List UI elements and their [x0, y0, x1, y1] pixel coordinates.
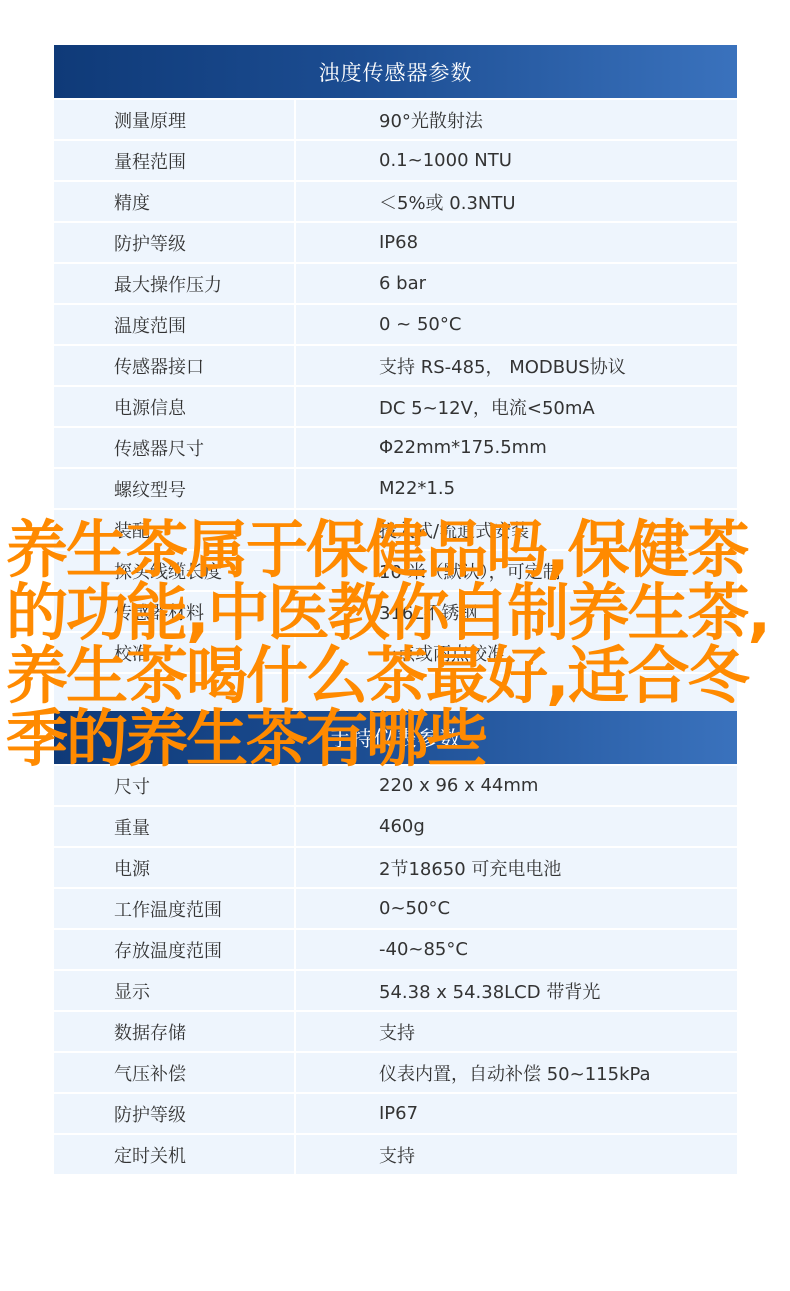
param-value: 2节18650 可充电电池 [296, 848, 737, 887]
param-name: 防护等级 [54, 1094, 294, 1133]
overlay-headline-text: 养生茶属于保健品吗,保健茶的功能,中医教你自制养生茶,养生茶喝什么茶最好,适合冬… [6, 518, 786, 770]
table-row: 精度＜5%或 0.3NTU [54, 182, 737, 221]
param-value: 0~50°C [296, 889, 737, 928]
section-title: 浊度传感器参数 [319, 57, 473, 87]
table-row: 显示54.38 x 54.38LCD 带背光 [54, 971, 737, 1010]
table-row: 量程范围0.1~1000 NTU [54, 141, 737, 180]
table-row: 数据存储支持 [54, 1012, 737, 1051]
table-row: 气压补偿仪表内置，自动补偿 50~115kPa [54, 1053, 737, 1092]
param-value: 0 ~ 50°C [296, 305, 737, 344]
param-name: 螺纹型号 [54, 469, 294, 508]
table-row: 防护等级IP67 [54, 1094, 737, 1133]
param-name: 存放温度范围 [54, 930, 294, 969]
param-value: 6 bar [296, 264, 737, 303]
table-row: 电源信息DC 5~12V，电流<50mA [54, 387, 737, 426]
param-value: 460g [296, 807, 737, 846]
table-row: 温度范围0 ~ 50°C [54, 305, 737, 344]
param-name: 温度范围 [54, 305, 294, 344]
param-value: 0.1~1000 NTU [296, 141, 737, 180]
param-name: 传感器接口 [54, 346, 294, 385]
table-row: 重量460g [54, 807, 737, 846]
param-name: 定时关机 [54, 1135, 294, 1174]
table-row: 传感器接口支持 RS-485， MODBUS协议 [54, 346, 737, 385]
param-name: 工作温度范围 [54, 889, 294, 928]
table-row: 工作温度范围0~50°C [54, 889, 737, 928]
param-value: DC 5~12V，电流<50mA [296, 387, 737, 426]
param-name: 显示 [54, 971, 294, 1010]
table-row: 传感器尺寸Φ22mm*175.5mm [54, 428, 737, 467]
param-value: 仪表内置，自动补偿 50~115kPa [296, 1053, 737, 1092]
param-value: Φ22mm*175.5mm [296, 428, 737, 467]
param-value: 支持 [296, 1135, 737, 1174]
param-name: 电源 [54, 848, 294, 887]
param-name: 量程范围 [54, 141, 294, 180]
param-name: 电源信息 [54, 387, 294, 426]
param-name: 最大操作压力 [54, 264, 294, 303]
param-name: 传感器尺寸 [54, 428, 294, 467]
param-value: IP68 [296, 223, 737, 262]
param-name: 测量原理 [54, 100, 294, 139]
param-value: IP67 [296, 1094, 737, 1133]
param-name: 防护等级 [54, 223, 294, 262]
table-row: 电源2节18650 可充电电池 [54, 848, 737, 887]
param-value: 支持 RS-485， MODBUS协议 [296, 346, 737, 385]
param-value: 90°光散射法 [296, 100, 737, 139]
param-name: 气压补偿 [54, 1053, 294, 1092]
param-value: ＜5%或 0.3NTU [296, 182, 737, 221]
param-value: 54.38 x 54.38LCD 带背光 [296, 971, 737, 1010]
table-row: 防护等级IP68 [54, 223, 737, 262]
param-name: 重量 [54, 807, 294, 846]
table-row: 定时关机支持 [54, 1135, 737, 1174]
param-value: 支持 [296, 1012, 737, 1051]
table-row: 存放温度范围-40~85°C [54, 930, 737, 969]
table-row: 测量原理90°光散射法 [54, 100, 737, 139]
section-header-turbidity-sensor: 浊度传感器参数 [54, 45, 737, 98]
param-name: 精度 [54, 182, 294, 221]
table-row: 最大操作压力6 bar [54, 264, 737, 303]
param-name: 数据存储 [54, 1012, 294, 1051]
table-row: 螺纹型号M22*1.5 [54, 469, 737, 508]
param-value: M22*1.5 [296, 469, 737, 508]
param-value: -40~85°C [296, 930, 737, 969]
